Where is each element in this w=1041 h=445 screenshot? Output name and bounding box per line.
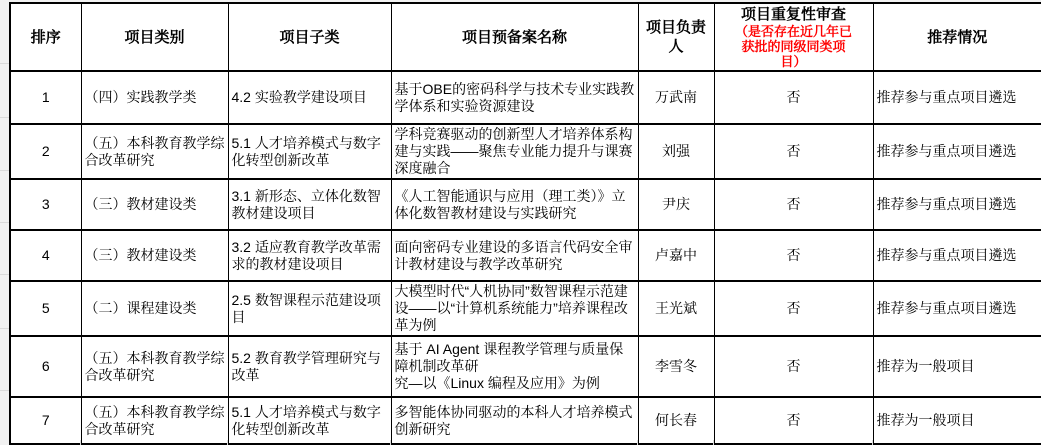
cell-rank: 6	[10, 336, 81, 397]
gridline-tick	[0, 63, 9, 64]
table-row: 7 （五）本科教育教学综合改革研究 5.1 人才培养模式与数字化转型创新改革 多…	[10, 397, 1041, 444]
duplicate-check-title: 项目重复性审查	[741, 6, 846, 23]
cell-project-name: 大模型时代“人机协同”数智课程示范建设——以“计算机系统能力”培养课程改革为例	[391, 281, 638, 336]
col-header-subcategory: 项目子类	[228, 3, 391, 71]
cell-duplicate-check: 否	[714, 179, 873, 230]
cell-rank: 3	[10, 179, 81, 230]
gridline-tick	[713, 440, 714, 445]
cell-duplicate-check: 否	[714, 281, 873, 336]
cell-category: （三）教材建设类	[81, 179, 228, 230]
cell-subcategory: 5.1 人才培养模式与数字化转型创新改革	[228, 124, 391, 179]
cell-subcategory: 5.2 教育教学管理研究与改革	[228, 336, 391, 397]
table-row: 3 （三）教材建设类 3.1 新形态、立体化数智教材建设项目 《人工智能通识与应…	[10, 179, 1041, 230]
col-header-project-name: 项目预备案名称	[391, 3, 638, 71]
cell-duplicate-check: 否	[714, 230, 873, 281]
cell-leader: 刘强	[638, 124, 714, 179]
cell-category: （四）实践教学类	[81, 71, 228, 124]
duplicate-check-note: （是否存在近几年已获批的同级同类项目）	[734, 24, 854, 69]
table-row: 4 （三）教材建设类 3.2 适应教育教学改革需求的教材建设项目 面向密码专业建…	[10, 230, 1041, 281]
gridline-tick	[0, 170, 9, 171]
table-row: 6 （五）本科教育教学综合改革研究 5.2 教育教学管理研究与改革 基于 AI …	[10, 336, 1041, 397]
cell-subcategory: 4.2 实验教学建设项目	[228, 71, 391, 124]
cell-project-name: 面向密码专业建设的多语言代码安全审计教材建设与教学改革研究	[391, 230, 638, 281]
cell-rank: 7	[10, 397, 81, 444]
cell-duplicate-check: 否	[714, 336, 873, 397]
cell-project-name: 基于 AI Agent 课程教学管理与质量保障机制改革研 究—以《Linux 编…	[391, 336, 638, 397]
gridline-tick	[0, 328, 9, 329]
cell-subcategory: 3.1 新形态、立体化数智教材建设项目	[228, 179, 391, 230]
cell-leader: 李雪冬	[638, 336, 714, 397]
cell-duplicate-check: 否	[714, 397, 873, 444]
table-row: 5 （二）课程建设类 2.5 数智课程示范建设项目 大模型时代“人机协同”数智课…	[10, 281, 1041, 336]
gridline-tick	[80, 440, 81, 445]
cell-subcategory: 2.5 数智课程示范建设项目	[228, 281, 391, 336]
gridline-tick	[0, 274, 9, 275]
cell-rank: 5	[10, 281, 81, 336]
header-row: 排序 项目类别 项目子类 项目预备案名称 项目负责人 项目重复性审查 （是否存在…	[10, 3, 1041, 71]
cell-project-name: 《人工智能通识与应用（理工类）》立体化数智教材建设与实践研究	[391, 179, 638, 230]
gridline-tick	[0, 117, 9, 118]
cell-recommendation: 推荐参与重点项目遴选	[873, 71, 1041, 124]
gridline-tick	[0, 390, 9, 391]
table-row: 1 （四）实践教学类 4.2 实验教学建设项目 基于OBE的密码科学与技术专业实…	[10, 71, 1041, 124]
cell-recommendation: 推荐参与重点项目遴选	[873, 230, 1041, 281]
cell-project-name: 基于OBE的密码科学与技术专业实践教学体系和实验资源建设	[391, 71, 638, 124]
col-header-category: 项目类别	[81, 3, 228, 71]
cell-recommendation: 推荐为一般项目	[873, 397, 1041, 444]
gridline-tick	[0, 222, 9, 223]
cell-leader: 尹庆	[638, 179, 714, 230]
cell-category: （二）课程建设类	[81, 281, 228, 336]
cell-rank: 2	[10, 124, 81, 179]
cell-project-name: 学科竞赛驱动的创新型人才培养体系构建与实践——聚焦专业能力提升与课赛深度融合	[391, 124, 638, 179]
cell-rank: 4	[10, 230, 81, 281]
gridline-tick	[390, 440, 391, 445]
gridline-tick	[637, 440, 638, 445]
gridline-tick	[227, 440, 228, 445]
col-header-recommendation: 推荐情况	[873, 3, 1041, 71]
table-row: 2 （五）本科教育教学综合改革研究 5.1 人才培养模式与数字化转型创新改革 学…	[10, 124, 1041, 179]
cell-category: （五）本科教育教学综合改革研究	[81, 336, 228, 397]
cell-recommendation: 推荐参与重点项目遴选	[873, 179, 1041, 230]
col-header-duplicate-check: 项目重复性审查 （是否存在近几年已获批的同级同类项目）	[714, 3, 873, 71]
col-header-leader: 项目负责人	[638, 3, 714, 71]
cell-recommendation: 推荐参与重点项目遴选	[873, 124, 1041, 179]
cell-leader: 王光斌	[638, 281, 714, 336]
cell-subcategory: 5.1 人才培养模式与数字化转型创新改革	[228, 397, 391, 444]
cell-category: （三）教材建设类	[81, 230, 228, 281]
cell-recommendation: 推荐为一般项目	[873, 336, 1041, 397]
cell-duplicate-check: 否	[714, 124, 873, 179]
col-header-rank: 排序	[10, 3, 81, 71]
cell-recommendation: 推荐参与重点项目遴选	[873, 281, 1041, 336]
gridline-tick	[872, 440, 873, 445]
cell-leader: 万武南	[638, 71, 714, 124]
cell-leader: 何长春	[638, 397, 714, 444]
cell-project-name: 多智能体协同驱动的本科人才培养模式创新研究	[391, 397, 638, 444]
cell-duplicate-check: 否	[714, 71, 873, 124]
cell-subcategory: 3.2 适应教育教学改革需求的教材建设项目	[228, 230, 391, 281]
cell-category: （五）本科教育教学综合改革研究	[81, 397, 228, 444]
cell-category: （五）本科教育教学综合改革研究	[81, 124, 228, 179]
projects-review-table: 排序 项目类别 项目子类 项目预备案名称 项目负责人 项目重复性审查 （是否存在…	[9, 2, 1041, 445]
spreadsheet-canvas: 排序 项目类别 项目子类 项目预备案名称 项目负责人 项目重复性审查 （是否存在…	[0, 0, 1041, 445]
cell-leader: 卢嘉中	[638, 230, 714, 281]
cell-rank: 1	[10, 71, 81, 124]
